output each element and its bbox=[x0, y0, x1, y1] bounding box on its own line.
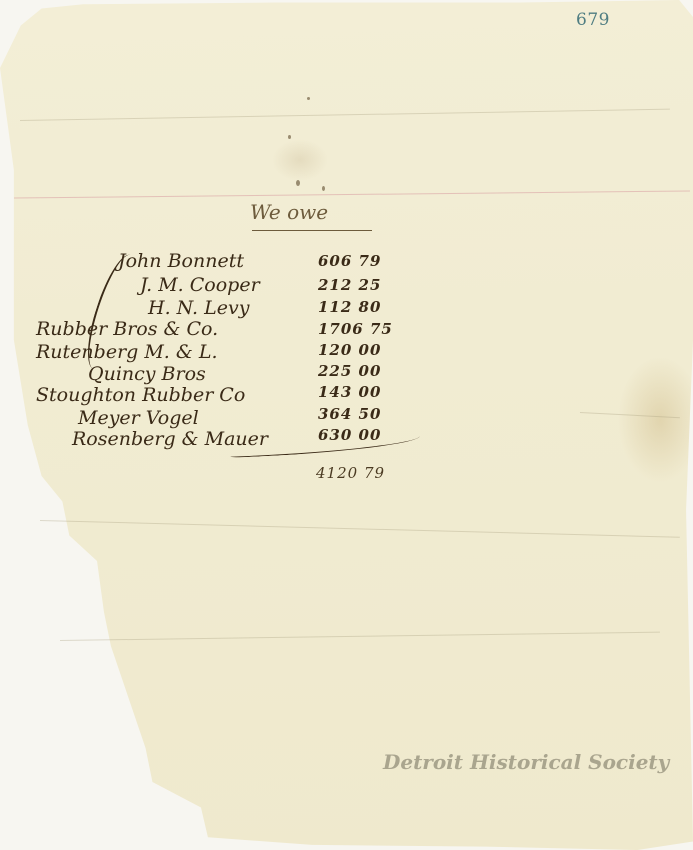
ledger-total: 4120 79 bbox=[316, 464, 385, 482]
entry-amount: 212 25 bbox=[318, 276, 381, 294]
entry-amount: 606 79 bbox=[318, 252, 381, 270]
ledger-heading: We owe bbox=[250, 200, 328, 224]
entry-amount: 143 00 bbox=[318, 383, 381, 401]
ink-spot bbox=[296, 180, 300, 186]
entry-name: John Bonnett bbox=[118, 250, 244, 272]
catalog-number: 679 bbox=[576, 10, 610, 30]
entry-name: J. M. Cooper bbox=[140, 274, 260, 296]
entry-amount: 112 80 bbox=[318, 298, 381, 316]
entry-name: Meyer Vogel bbox=[78, 407, 199, 429]
watermark: Detroit Historical Society bbox=[383, 750, 669, 774]
entry-amount: 364 50 bbox=[318, 405, 381, 423]
heading-underline bbox=[252, 230, 372, 231]
ink-spot bbox=[322, 186, 325, 191]
entry-amount: 225 00 bbox=[318, 362, 381, 380]
entry-name: Rutenberg M. & L. bbox=[36, 341, 218, 363]
entry-name: Quincy Bros bbox=[88, 363, 206, 385]
ink-spot bbox=[288, 135, 291, 139]
entry-amount: 120 00 bbox=[318, 341, 381, 359]
ink-spot bbox=[307, 97, 310, 100]
entry-name: H. N. Levy bbox=[148, 297, 249, 319]
entry-name: Rubber Bros & Co. bbox=[36, 318, 218, 340]
entry-amount: 1706 75 bbox=[318, 320, 393, 338]
entry-name: Stoughton Rubber Co bbox=[36, 384, 245, 406]
